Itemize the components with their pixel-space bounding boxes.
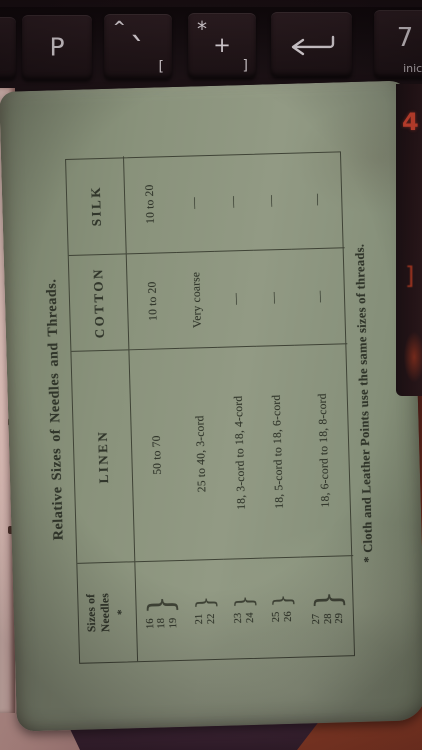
enter-return-icon	[287, 33, 337, 57]
circumflex-glyph: ^	[113, 18, 126, 36]
col-header-silk: SILK	[66, 156, 127, 255]
cotton-cell: Very coarse	[177, 251, 218, 348]
table-footnote: * Cloth and Leather Points use the same …	[350, 151, 379, 656]
keyboard-key-enter	[271, 12, 352, 77]
brace-glyph: }	[141, 595, 181, 615]
rotated-document-content: Relative Sizes of Needles and Threads. S…	[38, 135, 403, 675]
keyboard-upper-row-edge	[0, 0, 422, 7]
footnote-mark: *	[115, 609, 128, 615]
cotton-cell: 10 to 20	[127, 252, 180, 349]
red-key-glow	[396, 322, 422, 392]
silk-cell: —	[251, 152, 292, 250]
needle-sizes-cell: 16 18 19 }	[135, 560, 188, 661]
needle-sizes-cell: 23 24 }	[223, 558, 265, 659]
brace-glyph: }	[268, 594, 296, 608]
linen-cell: 18, 3-cord to 18, 4-cord	[217, 346, 262, 559]
red-bracket-glyph: ]	[405, 262, 414, 290]
linen-cell: 50 to 70	[129, 348, 185, 561]
grave-accent-glyph: `	[104, 46, 172, 56]
photo-scene: P ^ ` [ * + ] 7 inicio	[0, 0, 422, 750]
linen-cell: 25 to 40, 3-cord	[179, 347, 223, 560]
header-line: Sizes of	[85, 594, 100, 633]
needle-numbers: 16 18 19	[145, 618, 180, 629]
keyboard-key-plus: * + ]	[188, 13, 256, 78]
needle-sizes-cell: 25 26 }	[262, 557, 303, 658]
linen-cell: 18, 5-cord to 18, 6-cord	[256, 345, 300, 558]
keyboard-key-7-inicio: 7 inicio	[374, 10, 422, 78]
key-inicio-label: inicio	[374, 62, 422, 75]
plus-glyph: +	[188, 33, 256, 57]
linen-cell: 18, 6-cord to 18, 8-cord	[294, 343, 353, 556]
needle-thread-table: Sizes of Needles * LINEN COTTON SILK 16 …	[65, 151, 355, 664]
needle-numbers: 23 24	[233, 612, 256, 623]
booklet-page: Relative Sizes of Needles and Threads. S…	[0, 80, 422, 731]
silk-cell: —	[289, 150, 345, 248]
cotton-cell: —	[292, 247, 348, 344]
header-line: Needles	[99, 593, 114, 632]
keyboard-key-grave: ^ ` [	[104, 14, 172, 79]
close-bracket-glyph: ]	[243, 58, 248, 74]
key-p-label: P	[22, 32, 92, 61]
keyboard-key-partial	[0, 17, 16, 79]
key-7-label: 7	[374, 23, 422, 53]
cotton-cell: —	[215, 250, 257, 347]
silk-cell: —	[212, 153, 254, 251]
needle-numbers: 25 26	[271, 611, 294, 622]
brace-glyph: }	[308, 590, 348, 610]
needle-numbers: 21 22	[194, 613, 217, 624]
red-key-4-label: 4	[402, 108, 419, 136]
brace-glyph: }	[230, 595, 258, 609]
needle-sizes-cell: 27 28 29 }	[300, 555, 356, 656]
col-header-cotton: COTTON	[69, 253, 130, 351]
keyboard-right-strip: 4 ]	[396, 84, 422, 396]
brace-glyph: }	[191, 596, 219, 610]
needle-sizes-cell: 21 22 }	[185, 559, 226, 660]
col-header-needles: Sizes of Needles *	[77, 561, 138, 663]
col-header-linen: LINEN	[71, 349, 135, 563]
silk-cell: 10 to 20	[124, 155, 177, 253]
silk-cell: —	[174, 154, 215, 252]
cotton-cell: —	[254, 249, 295, 346]
needle-numbers: 27 28 29	[311, 613, 346, 624]
open-bracket-glyph: [	[159, 59, 164, 75]
keyboard-key-p: P	[22, 15, 92, 80]
